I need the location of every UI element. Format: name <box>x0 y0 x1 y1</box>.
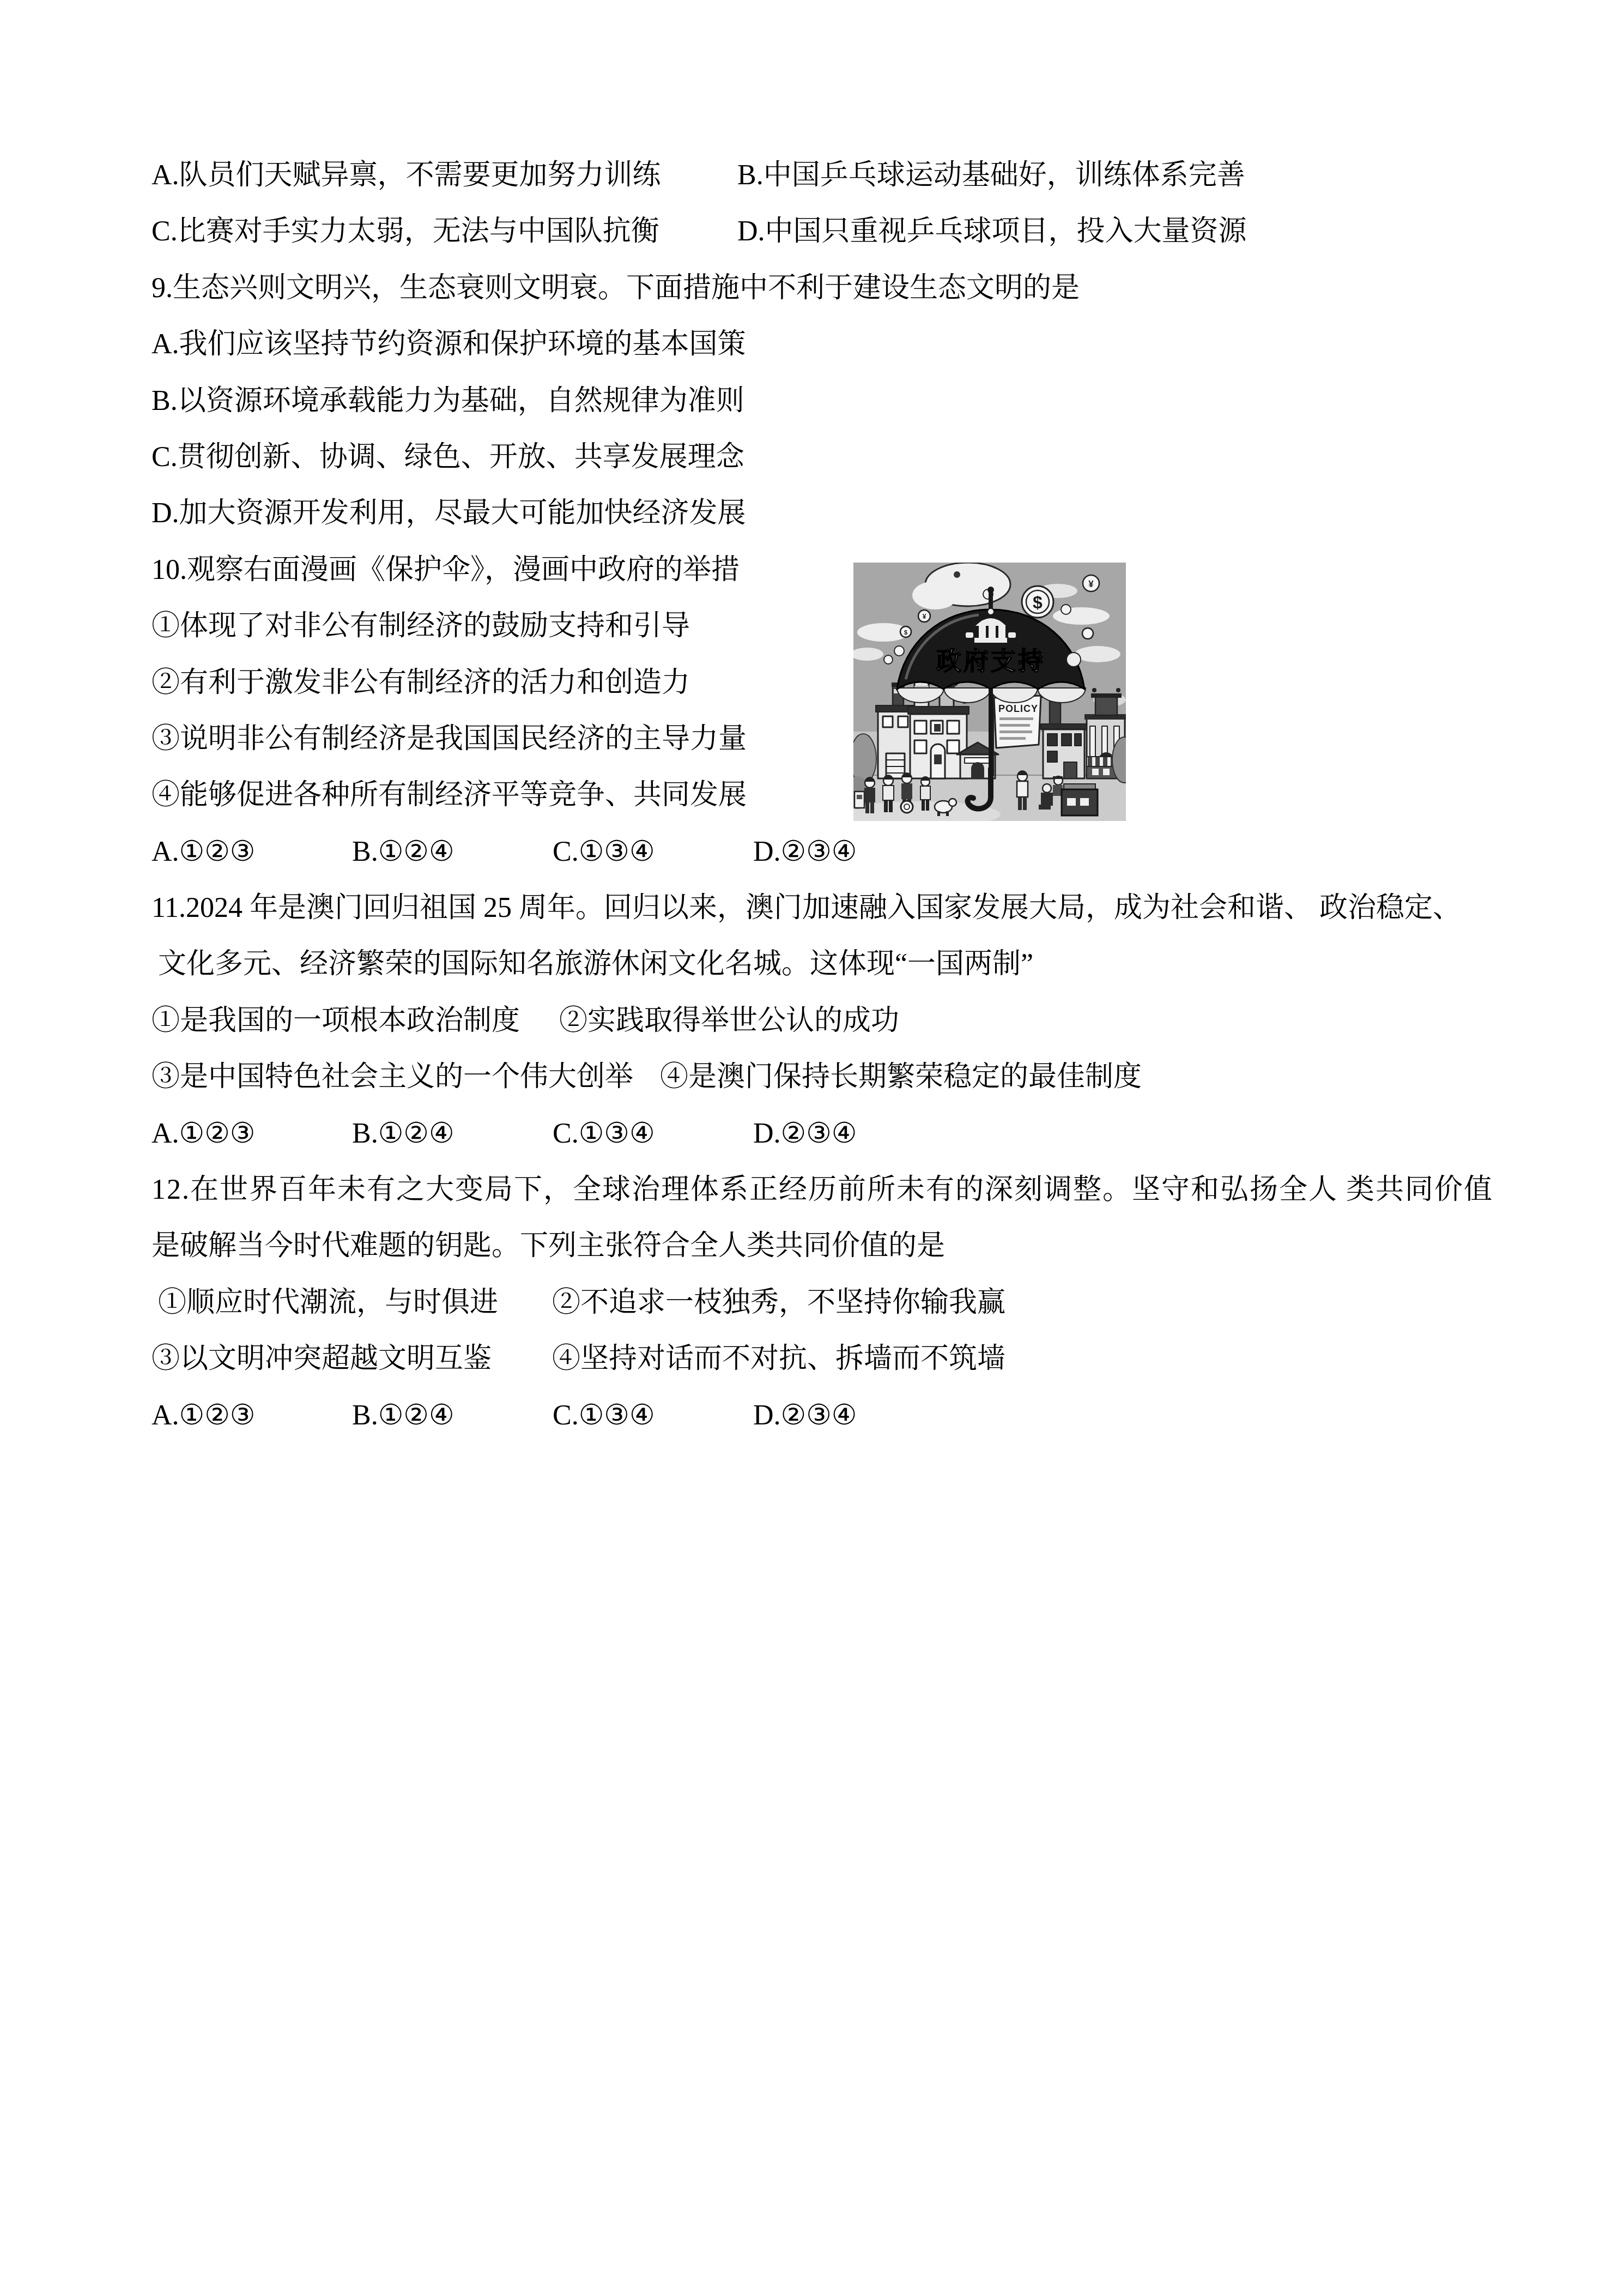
q12-item-2: ②不追求一枝独秀，不坚持你输我赢 <box>552 1287 1005 1318</box>
q12-item-1: ①顺应时代潮流，与时俱进 <box>158 1275 552 1331</box>
q10-item-1: ①体现了对非公有制经济的鼓励支持和引导 <box>152 598 1492 654</box>
q10-answer-b: B.①②④ <box>352 824 553 880</box>
person-with-badge-icon <box>901 772 913 813</box>
q12-answer-d: D.②③④ <box>753 1400 857 1431</box>
q12-item-4: ④坚持对话而不对抗、拆墙而不筑墙 <box>552 1343 1005 1374</box>
q11-item-2: ②实践取得举世公认的成功 <box>559 1005 899 1036</box>
q11-stem-line2: 文化多元、经济繁荣的国际知名旅游休闲文化名城。这体现“一国两制” <box>152 936 1492 992</box>
rooftop-structure <box>1095 697 1117 715</box>
q8-option-a: A.队员们天赋异禀，不需要更加努力训练 <box>152 147 737 203</box>
policy-banner-label: POLICY <box>998 703 1038 714</box>
svg-text:¥: ¥ <box>923 613 926 620</box>
q12-items-34-row: ③以文明冲突超越文明互鉴④坚持对话而不对抗、拆墙而不筑墙 <box>152 1331 1492 1387</box>
protection-umbrella-cartoon: $ ¥ ¥ $ <box>853 563 1126 821</box>
q8-options-cd-row: C.比赛对手实力太弱，无法与中国队抗衡D.中国只重视乒乓球项目，投入大量资源 <box>152 203 1492 259</box>
q11-items-34-row: ③是中国特色社会主义的一个伟大创举④是澳门保持长期繁荣稳定的最佳制度 <box>152 1049 1492 1105</box>
q11-answer-b: B.①②④ <box>352 1106 553 1162</box>
umbrella-pole <box>989 689 993 771</box>
q8-option-b: B.中国乒乓球运动基础好，训练体系完善 <box>737 160 1245 191</box>
q11-item-3: ③是中国特色社会主义的一个伟大创举 <box>152 1049 660 1105</box>
q11-answer-c: C.①③④ <box>553 1106 753 1162</box>
q11-item-1: ①是我国的一项根本政治制度 <box>152 993 559 1049</box>
umbrella-spike <box>989 592 993 611</box>
exam-page: A.队员们天赋异禀，不需要更加努力训练B.中国乒乓球运动基础好，训练体系完善 C… <box>0 0 1624 2295</box>
q12-stem-line2: 是破解当今时代难题的钥匙。下列主张符合全人类共同价值的是 <box>152 1218 1492 1274</box>
q9-option-d: D.加大资源开发利用，尽最大可能加快经济发展 <box>152 485 1492 541</box>
q10-answer-c: C.①③④ <box>553 824 753 880</box>
q9-option-b: B.以资源环境承载能力为基础，自然规律为准则 <box>152 373 1492 429</box>
q11-item-4: ④是澳门保持长期繁荣稳定的最佳制度 <box>660 1061 1142 1092</box>
q9-option-a: A.我们应该坚持节约资源和保护环境的基本国策 <box>152 316 1492 372</box>
q12-items-12-row: ①顺应时代潮流，与时俱进②不追求一枝独秀，不坚持你输我赢 <box>152 1275 1492 1331</box>
q11-items-12-row: ①是我国的一项根本政治制度②实践取得举世公认的成功 <box>152 993 1492 1049</box>
q10-item-3: ③说明非公有制经济是我国国民经济的主导力量 <box>152 711 1492 767</box>
q11-answer-a: A.①②③ <box>152 1106 352 1162</box>
q10-stem: 10.观察右面漫画《保护伞》，漫画中政府的举措 <box>152 542 1492 598</box>
q12-answer-a: A.①②③ <box>152 1387 352 1444</box>
q12-answer-b: B.①②④ <box>352 1387 553 1444</box>
question-text-block: A.队员们天赋异禀，不需要更加努力训练B.中国乒乓球运动基础好，训练体系完善 C… <box>152 147 1492 1444</box>
q11-answer-d: D.②③④ <box>753 1118 857 1149</box>
dollar-sign: $ <box>1033 593 1043 612</box>
q9-stem: 9.生态兴则文明兴，生态衰则文明衰。下面措施中不利于建设生态文明的是 <box>152 260 1492 316</box>
q10-answer-d: D.②③④ <box>753 836 857 867</box>
q8-option-d: D.中国只重视乒乓球项目，投入大量资源 <box>737 216 1247 247</box>
svg-text:¥: ¥ <box>1088 579 1094 589</box>
q11-answers-row: A.①②③B.①②④C.①③④D.②③④ <box>152 1106 1492 1162</box>
q9-option-c: C.贯彻创新、协调、绿色、开放、共享发展理念 <box>152 429 1492 485</box>
q10-item-4: ④能够促进各种所有制经济平等竞争、共同发展 <box>152 767 1492 823</box>
q8-options-ab-row: A.队员们天赋异禀，不需要更加努力训练B.中国乒乓球运动基础好，训练体系完善 <box>152 147 1492 203</box>
q8-option-c: C.比赛对手实力太弱，无法与中国队抗衡 <box>152 203 737 259</box>
umbrella-cartoon-svg: $ ¥ ¥ $ <box>853 563 1126 821</box>
umbrella-label: 政府支持 <box>936 647 1045 675</box>
q12-answer-c: C.①③④ <box>553 1387 753 1444</box>
q12-stem-line1: 12.在世界百年未有之大变局下，全球治理体系正经历前所未有的深刻调整。坚守和弘扬… <box>152 1162 1492 1218</box>
svg-text:$: $ <box>904 630 907 636</box>
q12-answers-row: A.①②③B.①②④C.①③④D.②③④ <box>152 1387 1492 1444</box>
q10-answer-a: A.①②③ <box>152 824 352 880</box>
q10-item-2: ②有利于激发非公有制经济的活力和创造力 <box>152 655 1492 711</box>
q11-stem-line1: 11.2024 年是澳门回归祖国 25 周年。回归以来，澳门加速融入国家发展大局… <box>152 880 1492 936</box>
q10-answers-row: A.①②③B.①②④C.①③④D.②③④ <box>152 824 1492 880</box>
q12-item-3: ③以文明冲突超越文明互鉴 <box>152 1331 552 1387</box>
